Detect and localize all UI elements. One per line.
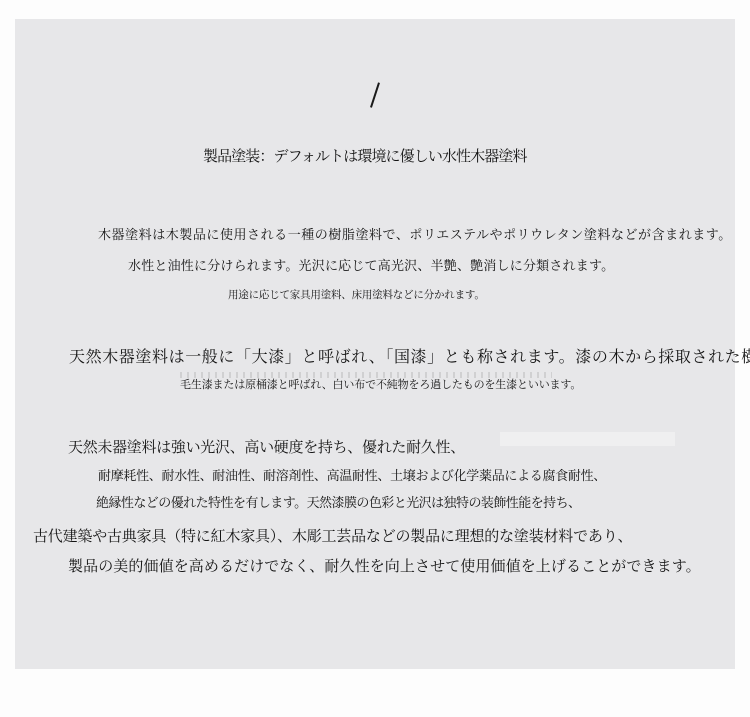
faded-text-artifact <box>500 432 675 446</box>
paragraph-line: 絶縁性などの優れた特性を有します。天然漆膜の色彩と光沢は独特の装飾性能を持ち、 <box>96 497 581 510</box>
paragraph-line: 古代建築や古典家具（特に紅木家具）、木彫工芸品などの製品に理想的な塗装材料であり… <box>33 529 632 544</box>
paragraph-line: 水性と油性に分けられます。光沢に応じて高光沢、半艶、艶消しに分類されます。 <box>128 260 614 273</box>
paragraph-line: 木器塗料は木製品に使用される一種の樹脂塗料で、ポリエステルやポリウレタン塗料など… <box>98 229 732 242</box>
page-title: 製品塗装：デフォルトは環境に優しい水性木器塗料 <box>203 149 527 164</box>
paragraph-line: 天然未器塗料は強い光沢、高い硬度を持ち、優れた耐久性、 <box>68 440 465 455</box>
paragraph-line: 耐摩耗性、耐水性、耐油性、耐溶剤性、高温耐性、土壌および化学薬品による腐食耐性、 <box>98 470 606 483</box>
paragraph-line: 毛生漆または原桶漆と呼ばれ、白い布で不純物をろ過したものを生漆といいます。 <box>180 379 581 390</box>
paragraph-line: 製品の美的価値を高めるだけでなく、耐久性を向上させて使用価値を上げることができま… <box>68 559 701 574</box>
paragraph-line: 用途に応じて家具用塗料、床用塗料などに分かれます。 <box>228 290 485 301</box>
paragraph-line: 天然木器塗料は一般に「大漆」と呼ばれ、「国漆」とも称されます。漆の木から採取され… <box>69 349 750 365</box>
